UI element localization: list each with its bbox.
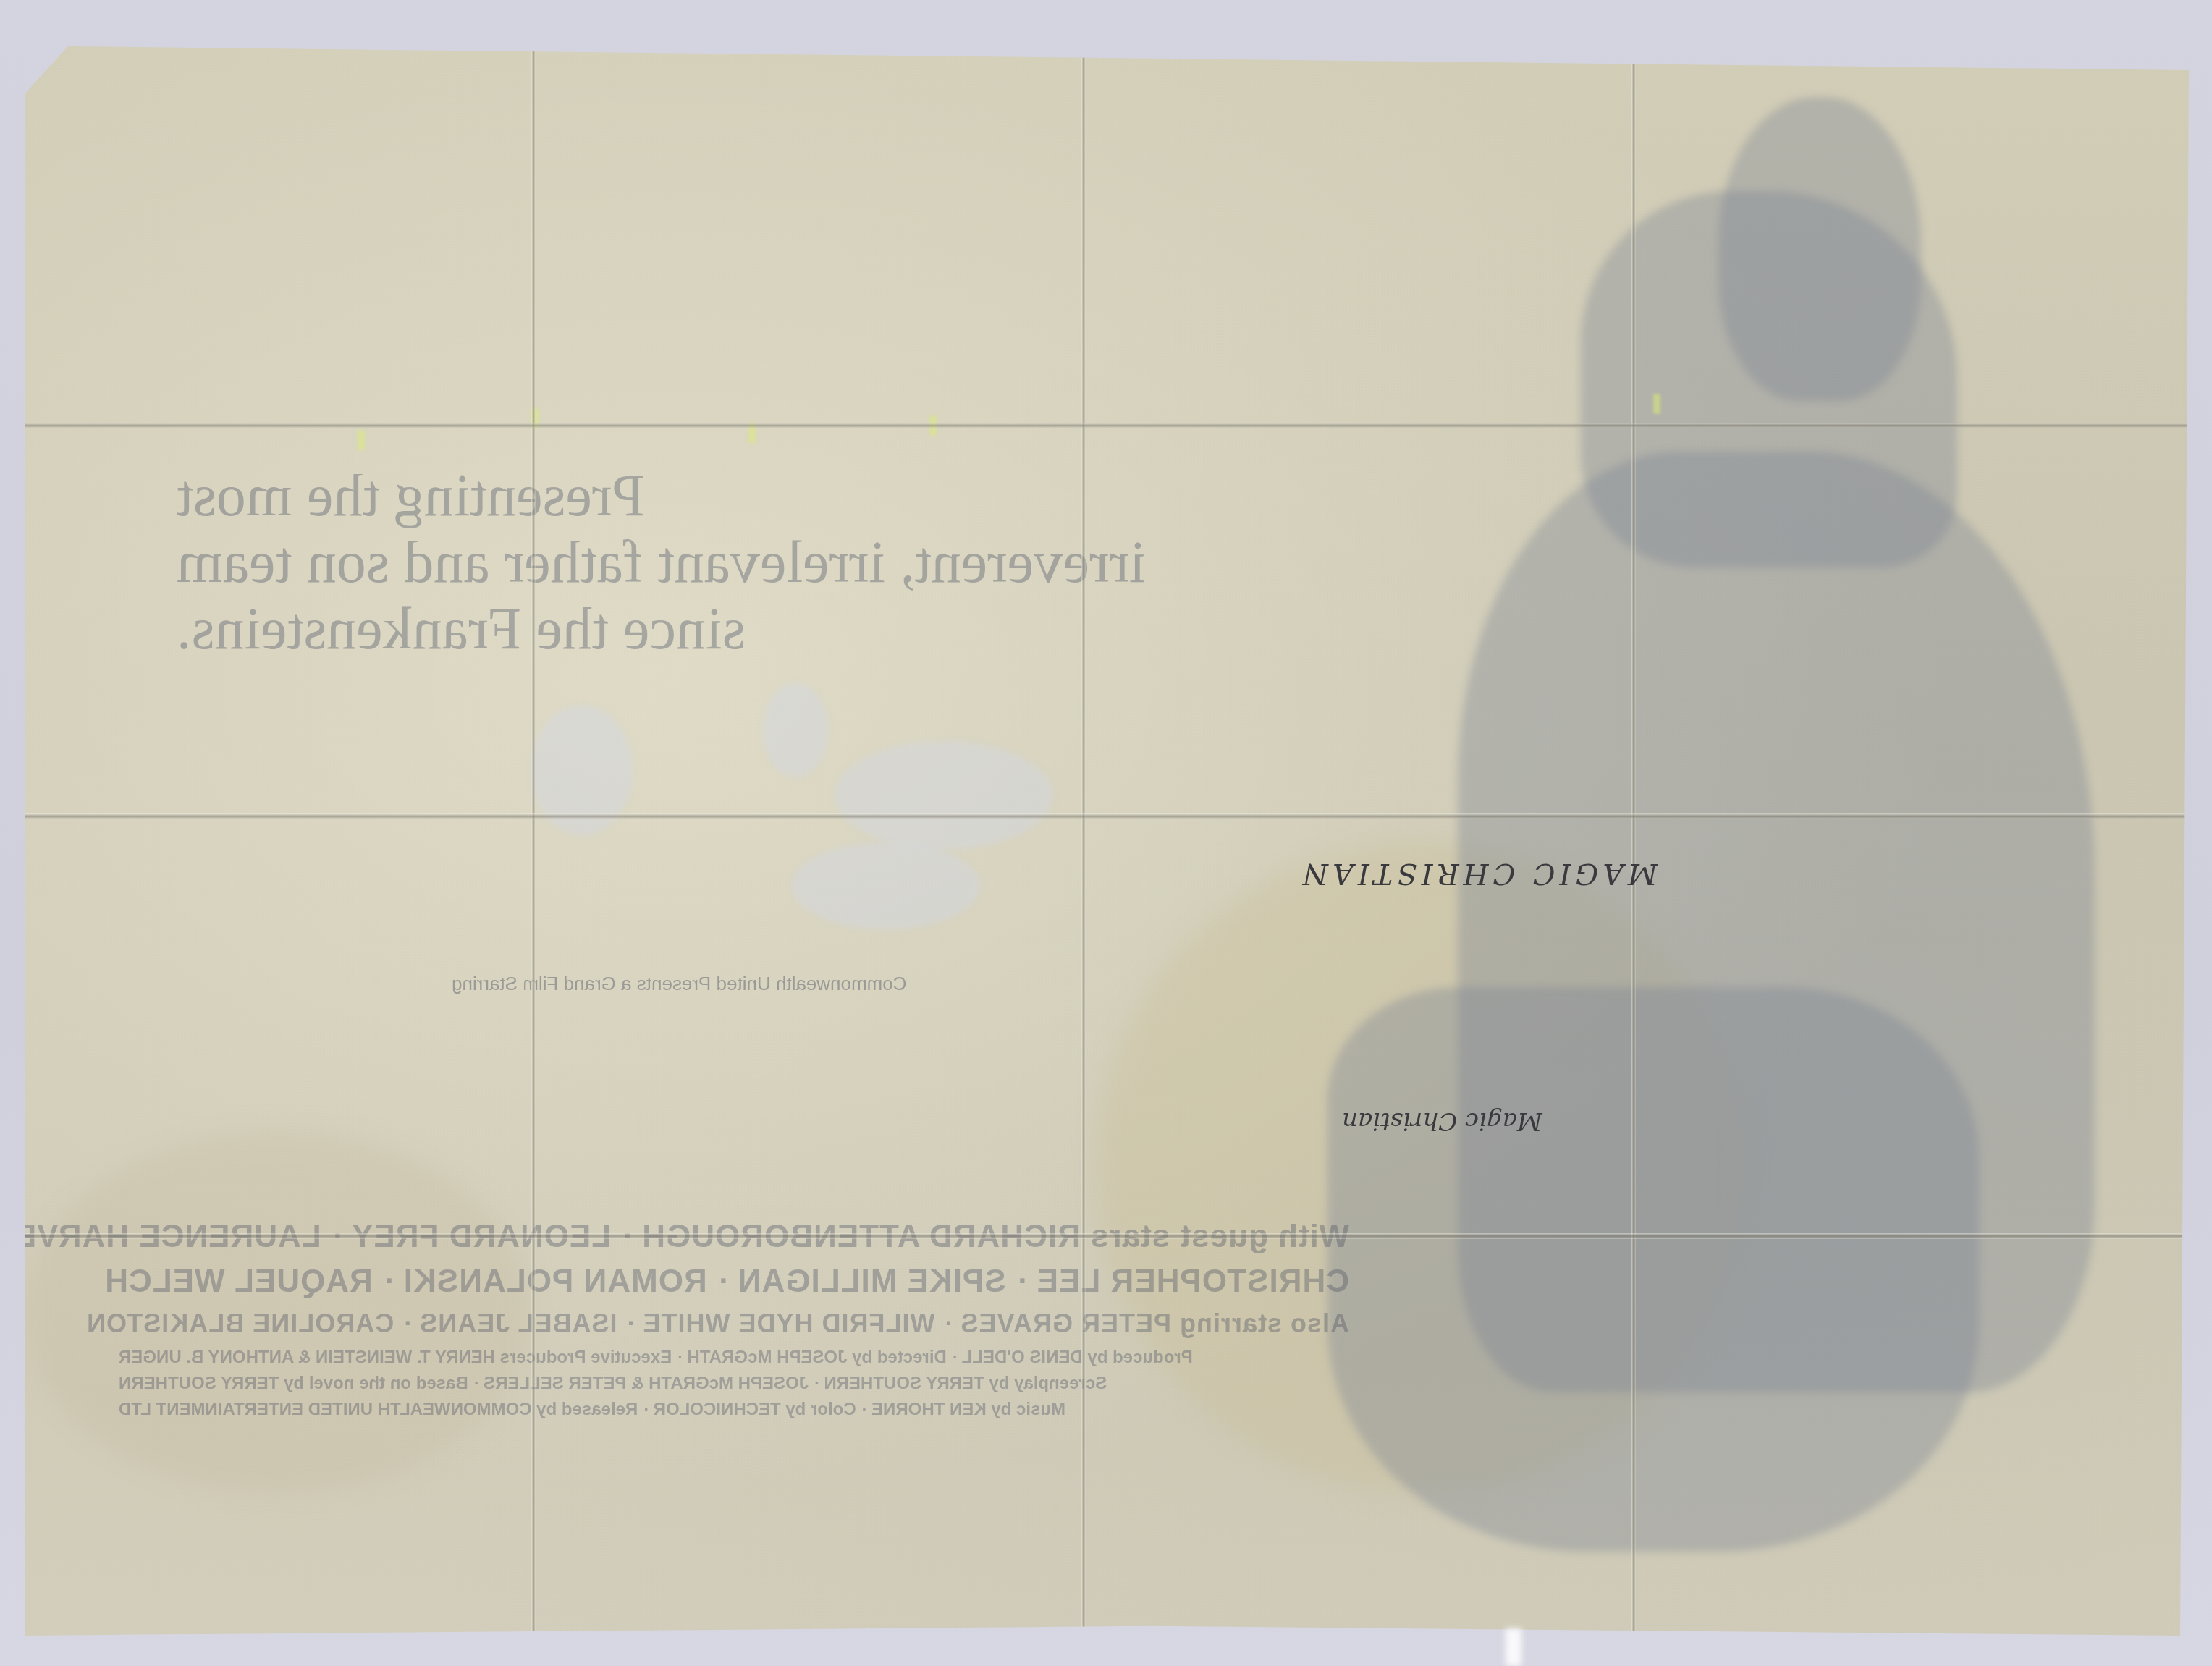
cherub-figure	[792, 842, 980, 929]
presents-text: Commonwealth United Presents a Grand Fil…	[452, 973, 907, 995]
tagline-line: Presenting the most	[177, 462, 1335, 529]
presents-line: Commonwealth United Presents a Grand Fil…	[452, 973, 907, 995]
credit-line: CHRISTOPHER LEE · SPIKE MILLIGAN · ROMAN…	[119, 1264, 1349, 1300]
credit-line: Produced by DENIS O'DELL · Directed by J…	[119, 1348, 1349, 1368]
handwritten-title-cursive: Magic Christian	[1342, 1107, 1542, 1136]
credit-line: Also starring PETER GRAVES · WILFRID HYD…	[119, 1308, 1349, 1339]
fold-crease-horizontal	[25, 813, 2189, 819]
tagline-line: since the Frankensteins.	[177, 596, 1335, 662]
fold-crease-vertical	[531, 46, 536, 1636]
figure-silhouette-legs	[1327, 987, 1979, 1552]
mirrored-credits: With guest stars RICHARD ATTENBOROUGH · …	[119, 1219, 1349, 1426]
fold-crease-vertical	[1081, 46, 1086, 1636]
folded-poster-back: Presenting the most irreverent, irreleva…	[25, 46, 2189, 1636]
credit-line: Screenplay by TERRY SOUTHERN · JOSEPH Mc…	[119, 1374, 1349, 1394]
yellow-mark	[358, 430, 365, 450]
fold-crease-horizontal	[25, 423, 2189, 428]
tagline-line: irreverent, irrelevant father and son te…	[177, 529, 1335, 596]
credit-line: Music by KEN THORNE · Color by TECHNICOL…	[119, 1400, 1349, 1420]
fold-crease-vertical	[1631, 46, 1636, 1636]
yellow-mark	[1653, 394, 1660, 414]
cherub-wing	[835, 741, 1052, 850]
light-glare	[1506, 1628, 1521, 1666]
fold-crease-horizontal	[25, 1233, 2189, 1239]
handwritten-title-caps: MAGIC CHRISTIAN	[1299, 857, 1658, 890]
mirrored-tagline: Presenting the most irreverent, irreleva…	[177, 462, 1335, 662]
cherub-figure	[763, 683, 828, 777]
